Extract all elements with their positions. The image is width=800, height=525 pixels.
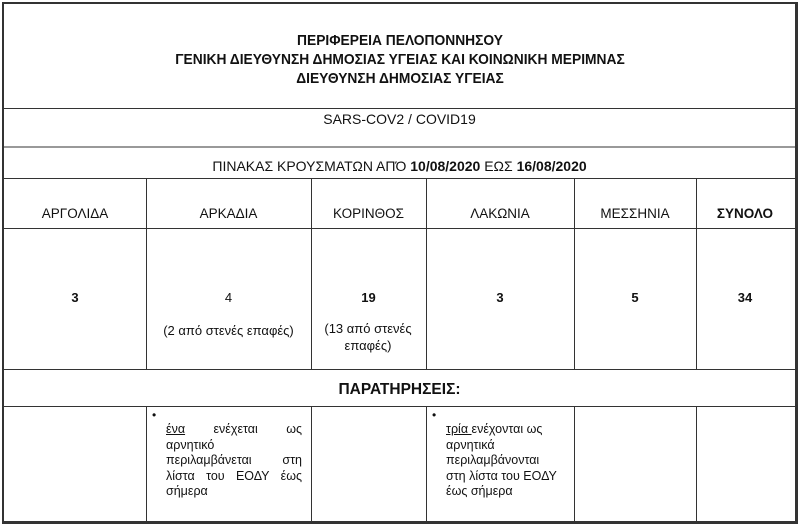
- observation-arkadia-count: ένα: [166, 422, 185, 436]
- observations-title: ΠΑΡΑΤΗΡΗΣΕΙΣ:: [4, 379, 795, 401]
- observation-arkadia: • ένα ενέχεται ως αρνητικό περιλαμβάνετα…: [152, 408, 302, 500]
- divider: [574, 406, 575, 521]
- cases-arkadia: 4: [146, 288, 311, 306]
- observation-lakonia-count: τρία: [446, 422, 472, 436]
- period-middle: ΕΩΣ: [480, 158, 516, 174]
- col-header-korinthos: ΚΟΡΙΝΘΟΣ: [311, 185, 426, 227]
- period-prefix: ΠΙΝΑΚΑΣ ΚΡΟΥΣΜΑΤΩΝ ΑΠΌ: [212, 158, 410, 174]
- observation-arkadia-text: ενέχεται ως αρνητικό περιλαμβάνεται στη …: [166, 422, 302, 498]
- bullet-icon: •: [432, 408, 562, 422]
- cases-total: 34: [696, 288, 794, 306]
- note-korinthos: (13 από στενές επαφές): [318, 320, 418, 356]
- divider: [146, 406, 147, 521]
- header-directorate: ΔΙΕΥΘΥΝΣΗ ΔΗΜΟΣΙΑΣ ΥΓΕΙΑΣ: [32, 69, 768, 89]
- cases-argolida: 3: [4, 288, 146, 306]
- col-header-messinia: ΜΕΣΣΗΝΙΑ: [574, 185, 696, 227]
- divider: [4, 178, 795, 179]
- bullet-icon: •: [152, 408, 302, 422]
- period-from: 10/08/2020: [410, 158, 480, 174]
- divider: [696, 406, 697, 521]
- note-arkadia: (2 από στενές επαφές): [146, 320, 311, 340]
- header-region: ΠΕΡΙΦΕΡΕΙΑ ΠΕΛΟΠΟΝΝΗΣΟΥ: [32, 31, 768, 51]
- divider: [311, 406, 312, 521]
- col-header-arkadia: ΑΡΚΑΔΙΑ: [146, 185, 311, 227]
- subtitle: SARS-COV2 / COVID19: [4, 108, 795, 130]
- divider: [4, 228, 795, 229]
- period-to: 16/08/2020: [517, 158, 587, 174]
- col-header-lakonia: ΛΑΚΩΝΙΑ: [426, 185, 574, 227]
- col-header-total: ΣΥΝΟΛΟ: [696, 185, 794, 227]
- cases-korinthos: 19: [311, 288, 426, 306]
- header-directorate-general: ΓΕΝΙΚΗ ΔΙΕΥΘΥΝΣΗ ΔΗΜΟΣΙΑΣ ΥΓΕΙΑΣ ΚΑΙ ΚΟΙ…: [32, 50, 768, 70]
- divider: [4, 369, 795, 370]
- divider: [4, 406, 795, 407]
- period-title: ΠΙΝΑΚΑΣ ΚΡΟΥΣΜΑΤΩΝ ΑΠΌ 10/08/2020 ΕΩΣ 16…: [4, 155, 795, 177]
- cases-messinia: 5: [574, 288, 696, 306]
- cases-lakonia: 3: [426, 288, 574, 306]
- col-header-argolida: ΑΡΓΟΛΙΔΑ: [4, 185, 146, 227]
- divider: [4, 146, 795, 148]
- observation-lakonia: • τρία ενέχονται ως αρνητικά περιλαμβάνο…: [432, 408, 562, 500]
- divider: [426, 406, 427, 521]
